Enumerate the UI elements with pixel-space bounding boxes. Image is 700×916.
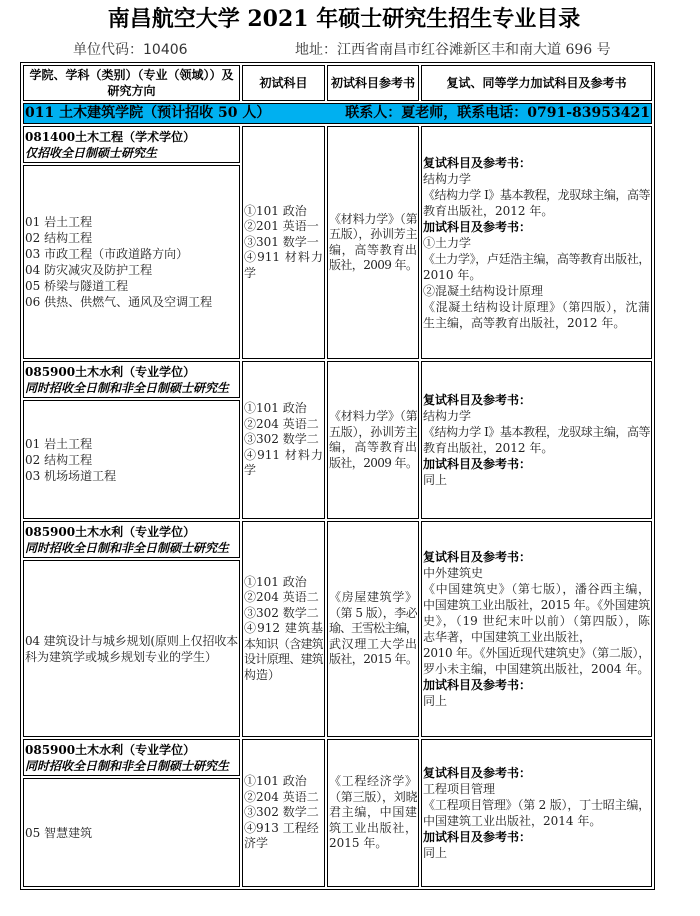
exam-subject-item: ③302 数学二 xyxy=(244,606,323,622)
retest-heading: 复试科目及参考书： xyxy=(423,392,650,408)
program-name: 土木水利（专业学位） xyxy=(75,743,195,757)
exam-reference-line: 君主编，中国建 xyxy=(329,805,417,821)
research-directions-cell: 04 建筑设计与城乡规划(原则上仅招收本 科为建筑学或城乡规划专业的学生） xyxy=(23,560,240,737)
header-text: 初试科目参考书 xyxy=(329,75,417,91)
program-code-name: 085900土木水利（专业学位） xyxy=(25,364,238,380)
direction-item: 01 岩土工程 xyxy=(25,214,238,230)
exam-subjects-cell: ①101 政治 ②201 英语一 ③301 数学一 ④911 材料力 学 xyxy=(242,126,325,359)
header-text: 学院、学科（类别）（专业（领域））及 xyxy=(25,67,238,83)
extra-line: 生主编，高等教育出版社，2012 年。 xyxy=(423,315,650,331)
retest-line: 中国建筑工业出版社，2014 年。 xyxy=(423,813,650,829)
program-code: 081400 xyxy=(25,130,75,144)
direction-item: 02 结构工程 xyxy=(25,452,238,468)
program-header-cell: 085900土木水利（专业学位） 同时招收全日制和非全日制硕士研究生 xyxy=(23,521,240,558)
exam-reference-line: 《房屋建筑学》 xyxy=(329,590,417,606)
direction-item: 06 供热、供燃气、通风及空调工程 xyxy=(25,294,238,310)
exam-subject-item: ③302 数学二 xyxy=(244,805,323,821)
exam-reference-line: 瑜、王雪松主编， xyxy=(329,621,417,637)
exam-subject-item: ④911 材料力 xyxy=(244,250,323,266)
retest-heading: 复试科目及参考书： xyxy=(423,549,650,565)
program-header-cell: 085900土木水利（专业学位） 同时招收全日制和非全日制硕士研究生 xyxy=(23,361,240,398)
direction-item: 03 机场场道工程 xyxy=(25,468,238,484)
exam-subject-item: 构造） xyxy=(244,668,323,684)
retest-line: 中外建筑史 xyxy=(423,565,650,581)
program-name: 土木水利（专业学位） xyxy=(75,525,195,539)
exam-subject-item: ④912 建筑基 xyxy=(244,621,323,637)
program-row: 085900土木水利（专业学位） 同时招收全日制和非全日制硕士研究生 ①101 … xyxy=(23,521,652,558)
retest-line: 罗小未主编，中国建筑出版社，2004 年。 xyxy=(423,661,650,677)
exam-subject-item: 本知识（含建筑 xyxy=(244,637,323,653)
exam-references-cell: 《材料力学》（第 五版），孙训芳主 编，高等教育出 版社，2009 年。 xyxy=(327,126,419,359)
exam-subject-item: 济学 xyxy=(244,836,323,852)
address-value: 江西省南昌市红谷滩新区丰和南大道 696 号 xyxy=(337,42,611,58)
unit-code-value: 10406 xyxy=(143,42,188,58)
program-name: 土木水利（专业学位） xyxy=(75,365,195,379)
exam-subject-item: 学 xyxy=(244,266,323,282)
table-header-row: 学院、学科（类别）（专业（领域））及 研究方向 初试科目 初试科目参考书 复试、… xyxy=(23,65,652,101)
unit-code: 单位代码：10406 xyxy=(73,41,188,59)
exam-subject-item: ④913 工程经 xyxy=(244,821,323,837)
retest-line: 工程项目管理 xyxy=(423,781,650,797)
college-name: 011 土木建筑学院（预计招收 50 人） xyxy=(25,104,270,123)
enrollment-note: 同时招收全日制和非全日制硕士研究生 xyxy=(25,380,238,396)
exam-subject-item: ④911 材料力 xyxy=(244,448,323,464)
exam-reference-line: （第 5 版），李必 xyxy=(329,606,417,622)
research-directions-cell: 05 智慧建筑 xyxy=(23,778,240,887)
exam-subject-item: ②201 英语一 xyxy=(244,219,323,235)
program-row: 081400土木工程（学术学位） 仅招收全日制硕士研究生 ①101 政治 ②20… xyxy=(23,126,652,163)
exam-references-cell: 《材料力学》（第 五版），孙训芳主 编，高等教育出 版社，2009 年。 xyxy=(327,361,419,519)
exam-reference-line: 五版），孙训芳主 xyxy=(329,227,417,243)
exam-reference-line: 《材料力学》（第 xyxy=(329,409,417,425)
retest-line: 《结构力学 I》基本教程，龙驭球主编，高等 xyxy=(423,424,650,440)
retest-line: 《中国建筑史》（第七版），潘谷西主编， xyxy=(423,581,650,597)
exam-reference-line: 五版），孙训芳主 xyxy=(329,425,417,441)
header-exam-references: 初试科目参考书 xyxy=(327,65,419,101)
program-name: 土木工程（学术学位） xyxy=(75,130,195,144)
exam-subject-item: ③301 数学一 xyxy=(244,235,323,251)
program-code-name: 085900土木水利（专业学位） xyxy=(25,524,238,540)
exam-reference-line: 《工程经济学》 xyxy=(329,774,417,790)
program-code: 085900 xyxy=(25,365,75,379)
exam-references-cell: 《房屋建筑学》 （第 5 版），李必 瑜、王雪松主编， 武汉理工大学出 版社，2… xyxy=(327,521,419,737)
program-code-name: 081400土木工程（学术学位） xyxy=(25,129,238,145)
exam-subject-item: ③302 数学二 xyxy=(244,432,323,448)
page-title: 南昌航空大学 2021 年硕士研究生招生专业目录 xyxy=(0,5,688,33)
exam-reference-line: 2015 年。 xyxy=(329,836,417,852)
retest-line: 史》，（19 世纪末叶以前）（第四版），陈 xyxy=(423,613,650,629)
exam-subject-item: ②204 英语二 xyxy=(244,790,323,806)
program-catalog-table: 学院、学科（类别）（专业（领域））及 研究方向 初试科目 初试科目参考书 复试、… xyxy=(20,62,655,890)
exam-reference-line: 编，高等教育出 xyxy=(329,243,417,259)
exam-references-cell: 《工程经济学》 （第三版），刘晓 君主编，中国建 筑工业出版社， 2015 年。 xyxy=(327,739,419,887)
direction-item: 04 建筑设计与城乡规划(原则上仅招收本 xyxy=(25,633,238,649)
program-row: 085900土木水利（专业学位） 同时招收全日制和非全日制硕士研究生 ①101 … xyxy=(23,361,652,398)
retest-line: 《工程项目管理》（第 2 版），丁士昭主编， xyxy=(423,797,650,813)
direction-item: 01 岩土工程 xyxy=(25,436,238,452)
exam-reference-line: 筑工业出版社， xyxy=(329,821,417,837)
exam-reference-line: （第三版），刘晓 xyxy=(329,790,417,806)
program-code-name: 085900土木水利（专业学位） xyxy=(25,742,238,758)
exam-reference-line: 版社，2009 年。 xyxy=(329,456,417,472)
extra-line: 《混凝土结构设计原理》（第四版），沈蒲 xyxy=(423,299,650,315)
enrollment-note: 同时招收全日制和非全日制硕士研究生 xyxy=(25,540,238,556)
college-contact: 联系人：夏老师，联系电话：0791-83953421 xyxy=(345,104,650,123)
program-header-cell: 081400土木工程（学术学位） 仅招收全日制硕士研究生 xyxy=(23,126,240,163)
exam-reference-line: 版社，2009 年。 xyxy=(329,258,417,274)
exam-subjects-cell: ①101 政治 ②204 英语二 ③302 数学二 ④912 建筑基 本知识（含… xyxy=(242,521,325,737)
exam-subjects-cell: ①101 政治 ②204 英语二 ③302 数学二 ④911 材料力 学 xyxy=(242,361,325,519)
unit-code-label: 单位代码： xyxy=(73,42,143,58)
extra-heading: 加试科目及参考书： xyxy=(423,456,650,472)
header-college-discipline: 学院、学科（类别）（专业（领域））及 研究方向 xyxy=(23,65,240,101)
retest-references-cell: 复试科目及参考书： 工程项目管理 《工程项目管理》（第 2 版），丁士昭主编， … xyxy=(421,739,652,887)
exam-subject-item: ①101 政治 xyxy=(244,575,323,591)
header-exam-subjects: 初试科目 xyxy=(242,65,325,101)
exam-subject-item: ②204 英语二 xyxy=(244,590,323,606)
exam-subjects-cell: ①101 政治 ②204 英语二 ③302 数学二 ④913 工程经 济学 xyxy=(242,739,325,887)
exam-subject-item: 设计原理、建筑 xyxy=(244,652,323,668)
exam-subject-item: ①101 政治 xyxy=(244,204,323,220)
program-code: 085900 xyxy=(25,525,75,539)
direction-item: 02 结构工程 xyxy=(25,230,238,246)
research-directions-cell: 01 岩土工程 02 结构工程 03 机场场道工程 xyxy=(23,400,240,519)
direction-item: 03 市政工程（市政道路方向） xyxy=(25,246,238,262)
retest-heading: 复试科目及参考书： xyxy=(423,155,650,171)
retest-references-cell: 复试科目及参考书： 结构力学 《结构力学 I》基本教程，龙驭球主编，高等 教育出… xyxy=(421,126,652,359)
exam-subject-item: ①101 政治 xyxy=(244,401,323,417)
exam-subject-item: ①101 政治 xyxy=(244,774,323,790)
exam-subject-item: ②204 英语二 xyxy=(244,417,323,433)
exam-reference-line: 武汉理工大学出 xyxy=(329,637,417,653)
direction-item: 05 桥梁与隧道工程 xyxy=(25,278,238,294)
exam-reference-line: 编，高等教育出 xyxy=(329,440,417,456)
header-retest-references: 复试、同等学力加试科目及参考书 xyxy=(421,65,652,101)
address-label: 地址： xyxy=(295,42,337,58)
extra-heading: 加试科目及参考书： xyxy=(423,677,650,693)
extra-line: 同上 xyxy=(423,472,650,488)
retest-line: 志华著，中国建筑工业出版社， xyxy=(423,629,650,645)
program-header-cell: 085900土木水利（专业学位） 同时招收全日制和非全日制硕士研究生 xyxy=(23,739,240,776)
enrollment-note: 仅招收全日制硕士研究生 xyxy=(25,145,238,161)
retest-line: 结构力学 xyxy=(423,171,650,187)
extra-heading: 加试科目及参考书： xyxy=(423,829,650,845)
extra-line: 《土力学》，卢廷浩主编，高等教育出版社， xyxy=(423,251,650,267)
retest-line: 教育出版社，2012 年。 xyxy=(423,203,650,219)
direction-item: 04 防灾减灾及防护工程 xyxy=(25,262,238,278)
retest-references-cell: 复试科目及参考书： 结构力学 《结构力学 I》基本教程，龙驭球主编，高等 教育出… xyxy=(421,361,652,519)
direction-item: 科为建筑学或城乡规划专业的学生） xyxy=(25,649,238,665)
college-row: 011 土木建筑学院（预计招收 50 人） 联系人：夏老师，联系电话：0791-… xyxy=(23,103,652,124)
exam-reference-line: 版社，2015 年。 xyxy=(329,652,417,668)
header-text: 初试科目 xyxy=(244,75,323,91)
extra-line: 同上 xyxy=(423,693,650,709)
enrollment-note: 同时招收全日制和非全日制硕士研究生 xyxy=(25,758,238,774)
extra-heading: 加试科目及参考书： xyxy=(423,219,650,235)
retest-line: 教育出版社，2012 年。 xyxy=(423,440,650,456)
exam-subject-item: 学 xyxy=(244,463,323,479)
retest-line: 《结构力学 I》基本教程，龙驭球主编，高等 xyxy=(423,187,650,203)
extra-line: 2010 年。 xyxy=(423,267,650,283)
research-directions-cell: 01 岩土工程 02 结构工程 03 市政工程（市政道路方向） 04 防灾减灾及… xyxy=(23,165,240,359)
header-text: 研究方向 xyxy=(25,83,238,99)
direction-item: 05 智慧建筑 xyxy=(25,825,238,841)
address: 地址：江西省南昌市红谷滩新区丰和南大道 696 号 xyxy=(295,41,611,59)
header-text: 复试、同等学力加试科目及参考书 xyxy=(423,75,650,91)
college-bar: 011 土木建筑学院（预计招收 50 人） 联系人：夏老师，联系电话：0791-… xyxy=(23,103,652,124)
program-row: 085900土木水利（专业学位） 同时招收全日制和非全日制硕士研究生 ①101 … xyxy=(23,739,652,776)
retest-line: 2010 年。《外国近现代建筑史》（第二版）， xyxy=(423,645,650,661)
retest-line: 结构力学 xyxy=(423,408,650,424)
extra-line: 同上 xyxy=(423,845,650,861)
extra-line: ②混凝土结构设计原理 xyxy=(423,283,650,299)
exam-reference-line: 《材料力学》（第 xyxy=(329,212,417,228)
extra-line: ①土力学 xyxy=(423,235,650,251)
program-code: 085900 xyxy=(25,743,75,757)
retest-references-cell: 复试科目及参考书： 中外建筑史 《中国建筑史》（第七版），潘谷西主编， 中国建筑… xyxy=(421,521,652,737)
retest-line: 中国建筑工业出版社，2015 年。《外国建筑 xyxy=(423,597,650,613)
retest-heading: 复试科目及参考书： xyxy=(423,765,650,781)
